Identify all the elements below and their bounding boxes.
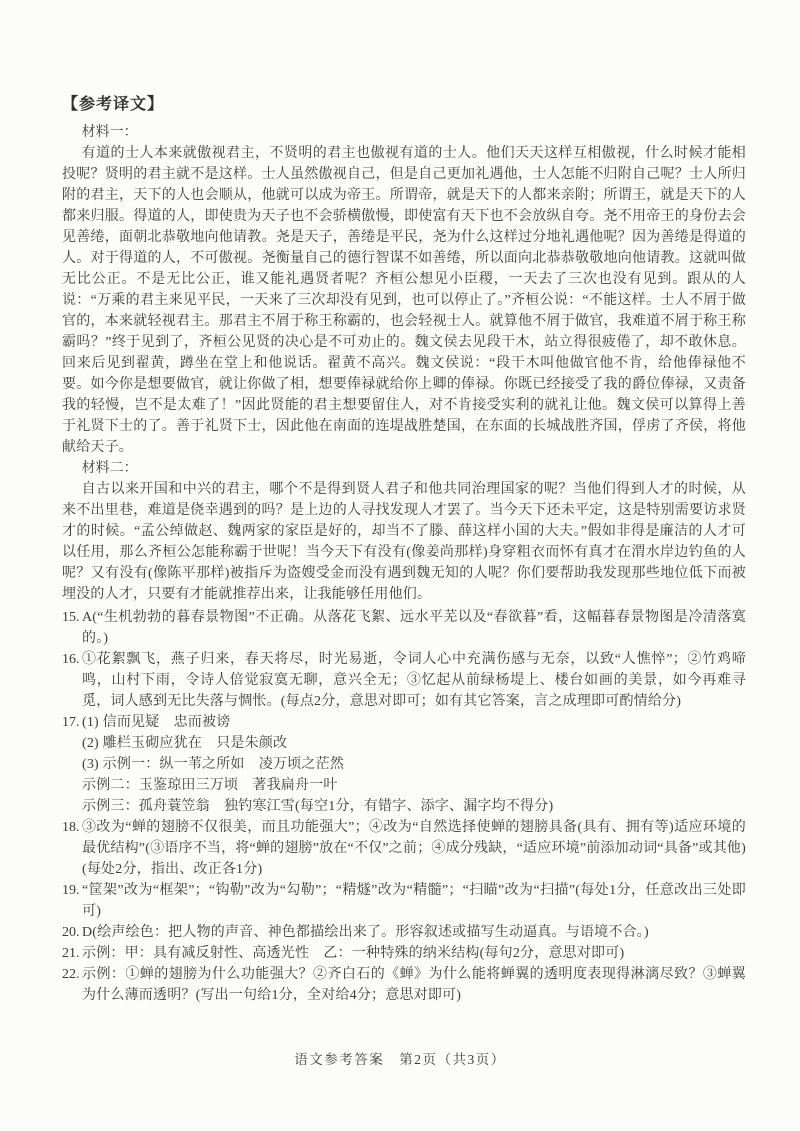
answer-item-21: 21. 示例：甲：具有减反射性、高透光性 乙：一种特殊的纳米结构(每句2分，意思… <box>62 943 746 964</box>
answer-number: 22. <box>62 964 80 985</box>
answer-17-line-5: 示例三：孤舟蓑笠翁 独钓寒江雪(每空1分，有错字、添字、漏字均不得分) <box>82 796 746 817</box>
answer-17-line-3: (3) 示例一：纵一苇之所如 凌万顷之茫然 <box>82 754 746 775</box>
answer-item-17: 17. (1) 信而见疑 忠而被谤 (2) 雕栏玉砌应犹在 只是朱颜改 (3) … <box>62 712 746 817</box>
answer-item-19: 19. “筐架”改为“框架”；“钩勒”改为“勾勒”；“精燧”改为“精髓”；“扫瞄… <box>62 880 746 922</box>
material-2-label: 材料二： <box>62 458 746 479</box>
material-2-translation: 自古以来开国和中兴的君主，哪个不是得到贤人君子和他共同治理国家的呢？当他们得到人… <box>62 479 746 605</box>
answer-number: 15. <box>62 607 80 628</box>
answer-text: D(绘声绘色：把人物的声音、神色都描绘出来了。形容叙述或描写生动逼真。与语境不合… <box>82 925 649 940</box>
answer-text: 示例：甲：具有减反射性、高透光性 乙：一种特殊的纳米结构(每句2分，意思对即可) <box>82 946 624 961</box>
answer-number: 21. <box>62 943 80 964</box>
answer-17-line-4: 示例二：玉鉴琼田三万顷 著我扁舟一叶 <box>82 775 746 796</box>
answer-number: 20. <box>62 922 80 943</box>
answer-17-line-1: (1) 信而见疑 忠而被谤 <box>82 712 746 733</box>
answer-item-20: 20. D(绘声绘色：把人物的声音、神色都描绘出来了。形容叙述或描写生动逼真。与… <box>62 922 746 943</box>
answer-item-22: 22. 示例：①蝉的翅膀为什么功能强大？②齐白石的《蝉》为什么能将蝉翼的透明度表… <box>62 964 746 1006</box>
page-footer: 语文参考答案 第2页（共3页） <box>0 1048 800 1068</box>
answer-item-16: 16. ①花絮飘飞，燕子归来，春天将尽，时光易逝，令词人心中充满伤感与无奈，以致… <box>62 649 746 712</box>
reference-translation-heading: 【参考译文】 <box>62 94 746 116</box>
answer-item-15: 15. A(“生机勃勃的暮春景物图”不正确。从落花飞絮、远水平芜以及“春欲暮”看… <box>62 607 746 649</box>
answer-number: 16. <box>62 649 80 670</box>
material-1-label: 材料一： <box>62 122 746 143</box>
material-1-translation: 有道的士人本来就傲视君主，不贤明的君主也傲视有道的士人。他们天天这样互相傲视，什… <box>62 143 746 458</box>
answer-text: “筐架”改为“框架”；“钩勒”改为“勾勒”；“精燧”改为“精髓”；“扫瞄”改为“… <box>82 883 746 919</box>
answer-text: 示例：①蝉的翅膀为什么功能强大？②齐白石的《蝉》为什么能将蝉翼的透明度表现得淋漓… <box>82 967 746 1003</box>
answer-17-line-2: (2) 雕栏玉砌应犹在 只是朱颜改 <box>82 733 746 754</box>
answers-section: 15. A(“生机勃勃的暮春景物图”不正确。从落花飞絮、远水平芜以及“春欲暮”看… <box>62 607 746 1006</box>
answer-text: A(“生机勃勃的暮春景物图”不正确。从落花飞絮、远水平芜以及“春欲暮”看，这幅暮… <box>82 610 746 646</box>
answer-number: 18. <box>62 817 80 838</box>
answer-number: 17. <box>62 712 80 733</box>
answer-text: ①花絮飘飞，燕子归来，春天将尽，时光易逝，令词人心中充满伤感与无奈，以致“人憔悴… <box>82 652 746 709</box>
answer-item-18: 18. ③改为“蝉的翅膀不仅很美，而且功能强大”；④改为“自然选择使蝉的翅膀具备… <box>62 817 746 880</box>
answer-text: ③改为“蝉的翅膀不仅很美，而且功能强大”；④改为“自然选择使蝉的翅膀具备(具有、… <box>82 820 746 877</box>
answer-number: 19. <box>62 880 80 901</box>
answer-sheet-page: 【参考译文】 材料一： 有道的士人本来就傲视君主，不贤明的君主也傲视有道的士人。… <box>0 0 800 1131</box>
